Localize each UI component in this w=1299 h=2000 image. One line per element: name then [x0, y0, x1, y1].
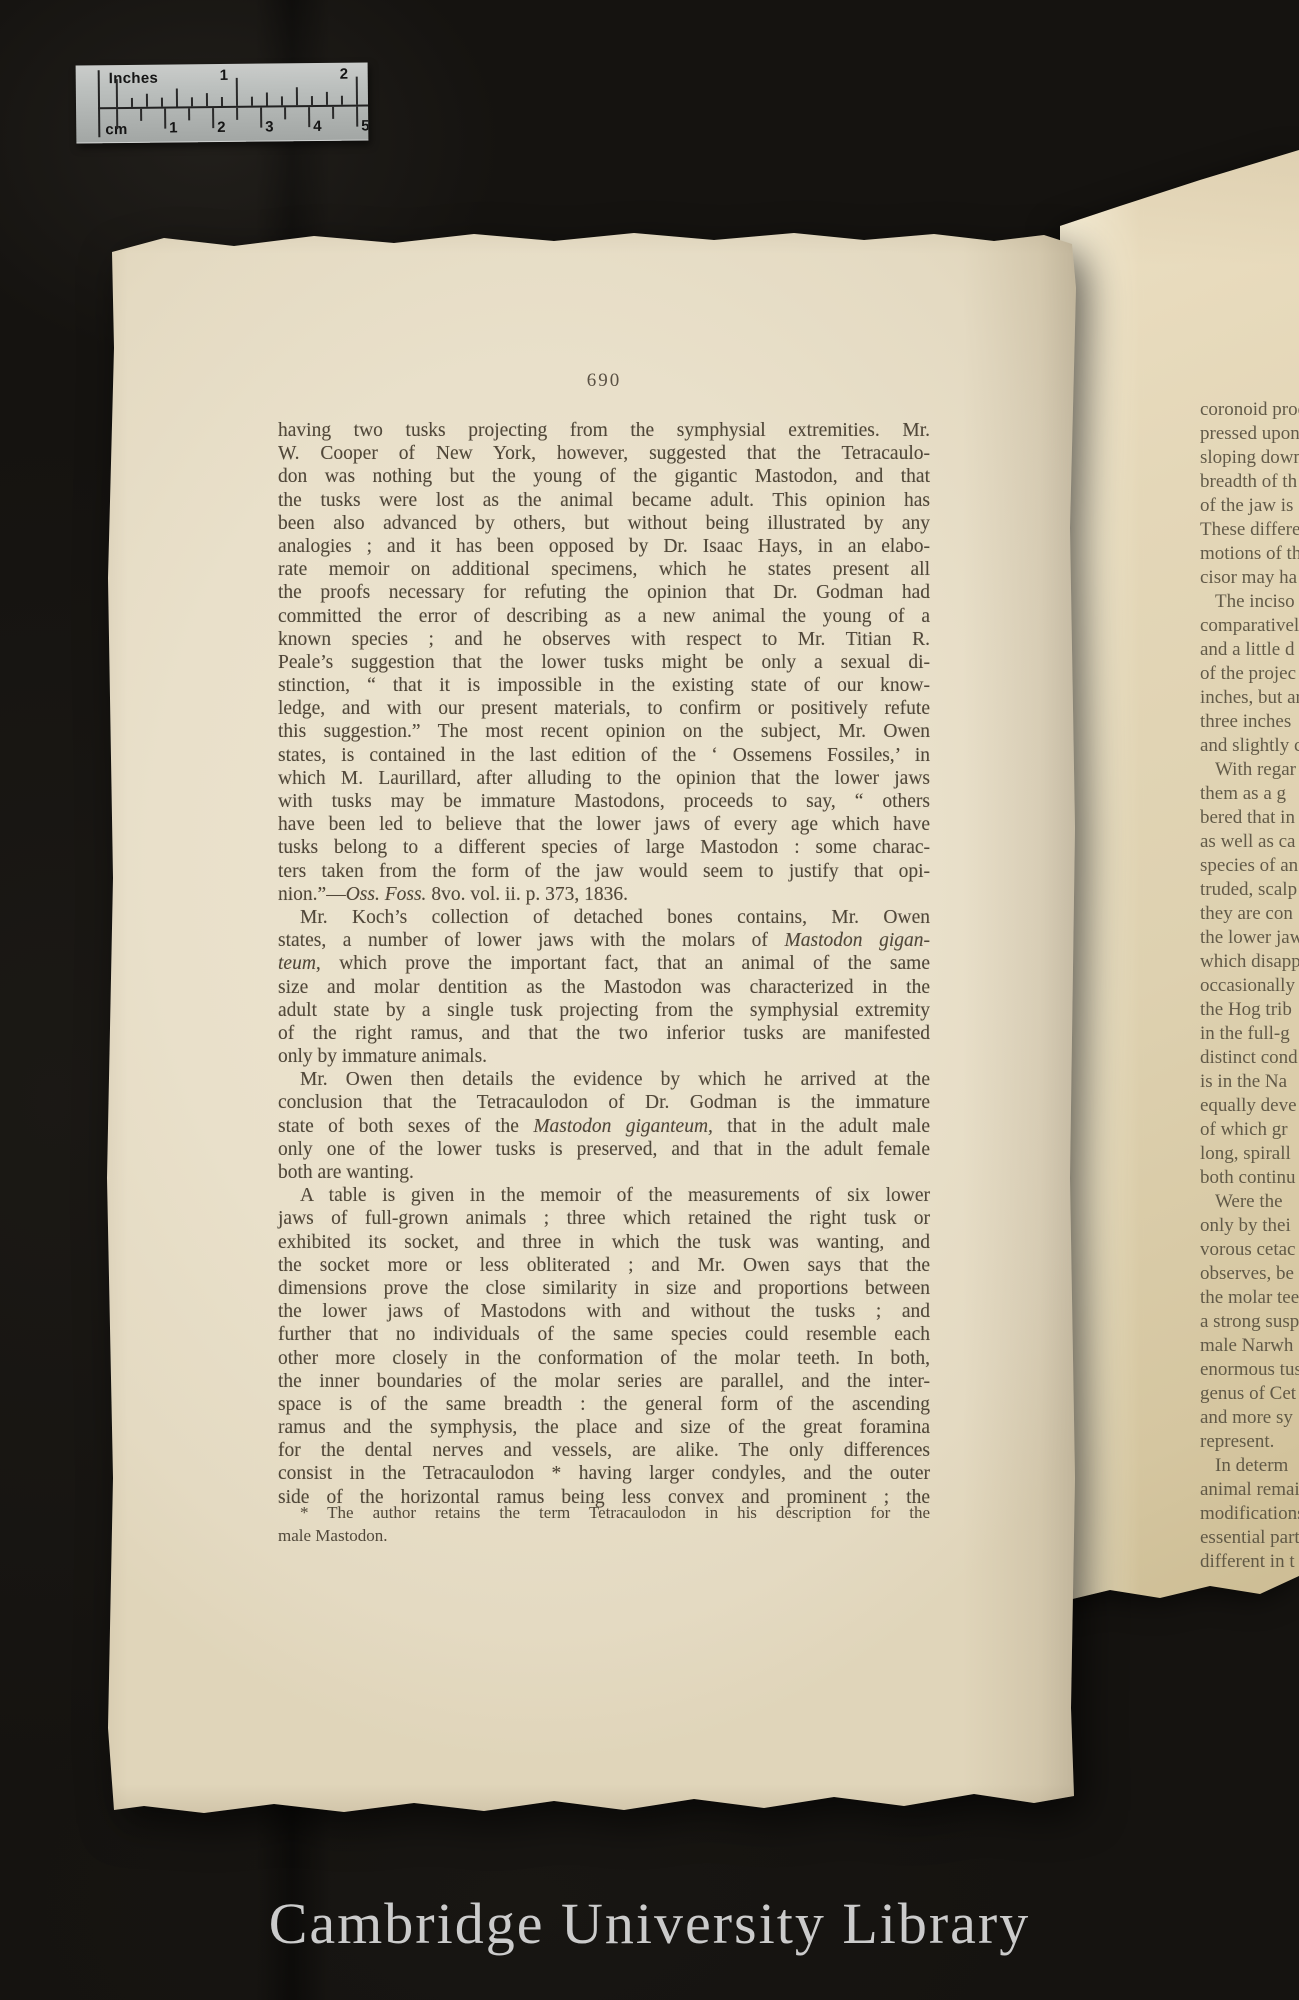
text-line: genus of Cet: [1200, 1382, 1299, 1406]
cm-tick: [236, 108, 238, 120]
inch-tick: [236, 78, 238, 106]
inch-tick: [191, 97, 193, 106]
text-line: male Mastodon.: [278, 1525, 930, 1548]
inch-tick: [251, 97, 253, 106]
cm-tick: [140, 109, 142, 121]
text-line: the proofs necessary for refuting the op…: [278, 581, 930, 604]
cm-number: 1: [169, 119, 178, 136]
text-line: is in the Na: [1200, 1070, 1299, 1094]
library-watermark: Cambridge University Library: [0, 1890, 1299, 1957]
inch-number: 2: [340, 66, 349, 83]
cm-number: 2: [217, 119, 226, 136]
inch-tick: [281, 96, 283, 105]
page-number: 690: [278, 370, 930, 392]
footnote-block: * The author retains the term Tetracaulo…: [278, 1502, 930, 1547]
cm-tick: [164, 109, 166, 129]
text-line: exhibited its socket, and three in which…: [278, 1231, 930, 1254]
text-line: other more closely in the conformation o…: [278, 1347, 930, 1370]
ruler-cm-row: cm 12345: [76, 106, 368, 143]
ruler-inch-row: Inches 12: [76, 62, 368, 107]
inch-tick: [176, 88, 178, 106]
text-line: have been led to believe that the lower …: [278, 813, 930, 836]
photo-of-book-page: { "photo": { "colors": { "backdrop": "#1…: [0, 0, 1299, 2000]
text-line: which disapp: [1200, 950, 1299, 974]
text-line: the molar tee: [1200, 1286, 1299, 1310]
text-line: comparativel: [1200, 614, 1299, 638]
cm-tick: [116, 109, 118, 129]
text-line: In determ: [1200, 1454, 1299, 1478]
text-line: Mr. Koch’s collection of detached bones …: [278, 906, 930, 929]
text-line: long, spirall: [1200, 1142, 1299, 1166]
text-line: cisor may ha: [1200, 566, 1299, 590]
text-line: further that no individuals of the same …: [278, 1323, 930, 1346]
inch-tick: [296, 87, 298, 105]
inch-tick: [221, 97, 223, 106]
text-line: for the dental nerves and vessels, are a…: [278, 1439, 930, 1462]
inch-number: 1: [220, 67, 229, 84]
text-line: vorous cetac: [1200, 1238, 1299, 1262]
text-line: as well as ca: [1200, 830, 1299, 854]
text-line: and slightly c: [1200, 734, 1299, 758]
text-line: adult state by a single tusk projecting …: [278, 999, 930, 1022]
text-line: animal remai: [1200, 1478, 1299, 1502]
measuring-ruler: Inches 12 cm 12345: [76, 62, 369, 143]
inch-tick: [326, 92, 328, 105]
text-line: enormous tus: [1200, 1358, 1299, 1382]
text-line: species of an: [1200, 854, 1299, 878]
text-line: in the full-g: [1200, 1022, 1299, 1046]
inch-tick: [356, 77, 358, 105]
text-line: equally deve: [1200, 1094, 1299, 1118]
text-line: teum, which prove the important fact, th…: [278, 952, 930, 975]
text-line: this suggestion.” The most recent opinio…: [278, 720, 930, 743]
text-line: they are con: [1200, 902, 1299, 926]
inch-tick: [341, 96, 343, 105]
text-line: them as a g: [1200, 782, 1299, 806]
text-line: which M. Laurillard, after alluding to t…: [278, 767, 930, 790]
text-line: conclusion that the Tetracaulodon of Dr.…: [278, 1091, 930, 1114]
cm-tick: [260, 108, 262, 128]
text-line: sloping down: [1200, 446, 1299, 470]
text-line: three inches: [1200, 710, 1299, 734]
text-line: of which gr: [1200, 1118, 1299, 1142]
right-page: coronoid procpressed uponsloping downbre…: [1060, 146, 1299, 1621]
text-line: ters taken from the form of the jaw woul…: [278, 860, 930, 883]
text-line: modifications: [1200, 1502, 1299, 1526]
inch-tick: [131, 98, 133, 107]
text-line: and a little d: [1200, 638, 1299, 662]
cm-tick: [356, 107, 358, 127]
text-line: the lower jaw: [1200, 926, 1299, 950]
text-line: the tusks were lost as the animal became…: [278, 489, 930, 512]
main-text-block: having two tusks projecting from the sym…: [278, 419, 930, 1509]
inch-tick: [161, 98, 163, 107]
inch-tick: [116, 79, 118, 107]
text-line: known species ; and he observes with res…: [278, 628, 930, 651]
text-line: states, a number of lower jaws with the …: [278, 929, 930, 952]
text-line: consist in the Tetracaulodon * having la…: [278, 1462, 930, 1485]
cm-tick: [308, 107, 310, 127]
text-line: inches, but ar: [1200, 686, 1299, 710]
text-line: male Narwh: [1200, 1334, 1299, 1358]
text-line: A table is given in the memoir of the me…: [278, 1184, 930, 1207]
text-line: don was nothing but the young of the gig…: [278, 465, 930, 488]
text-line: observes, be: [1200, 1262, 1299, 1286]
text-line: The inciso: [1200, 590, 1299, 614]
text-line: motions of th: [1200, 542, 1299, 566]
text-line: tusks belong to a different species of l…: [278, 836, 930, 859]
text-line: with tusks may be immature Mastodons, pr…: [278, 790, 930, 813]
text-line: coronoid proc: [1200, 398, 1299, 422]
text-line: only by thei: [1200, 1214, 1299, 1238]
text-line: * The author retains the term Tetracaulo…: [278, 1502, 930, 1525]
text-line: the Hog trib: [1200, 998, 1299, 1022]
text-line: bered that in: [1200, 806, 1299, 830]
text-line: only by immature animals.: [278, 1045, 930, 1068]
text-line: ramus and the symphysis, the place and s…: [278, 1416, 930, 1439]
text-line: a strong susp: [1200, 1310, 1299, 1334]
text-line: committed the error of describing as a n…: [278, 605, 930, 628]
cm-tick: [188, 108, 190, 120]
cm-tick: [332, 107, 334, 119]
text-line: nion.”—Oss. Foss. 8vo. vol. ii. p. 373, …: [278, 883, 930, 906]
inch-tick: [266, 93, 268, 106]
text-line: essential part: [1200, 1526, 1299, 1550]
text-line: space is of the same breadth : the gener…: [278, 1393, 930, 1416]
text-line: of the jaw is: [1200, 494, 1299, 518]
inch-tick: [146, 94, 148, 107]
text-line: Peale’s suggestion that the lower tusks …: [278, 651, 930, 674]
text-line: the inner boundaries of the molar series…: [278, 1370, 930, 1393]
text-line: only one of the lower tusks is preserved…: [278, 1138, 930, 1161]
text-line: of the projec: [1200, 662, 1299, 686]
text-line: the socket more or less obliterated ; an…: [278, 1254, 930, 1277]
text-line: having two tusks projecting from the sym…: [278, 419, 930, 442]
text-line: rate memoir on additional specimens, whi…: [278, 558, 930, 581]
inch-tick: [206, 93, 208, 106]
text-line: pressed upon: [1200, 422, 1299, 446]
text-line: ledge, and with our present materials, t…: [278, 697, 930, 720]
text-line: state of both sexes of the Mastodon giga…: [278, 1115, 930, 1138]
text-line: With regar: [1200, 758, 1299, 782]
text-line: the lower jaws of Mastodons with and wit…: [278, 1300, 930, 1323]
text-line: breadth of th: [1200, 470, 1299, 494]
cm-number: 4: [313, 118, 322, 135]
text-line: Were the: [1200, 1190, 1299, 1214]
text-line: W. Cooper of New York, however, suggeste…: [278, 442, 930, 465]
text-line: of the right ramus, and that the two inf…: [278, 1022, 930, 1045]
text-line: size and molar dentition as the Mastodon…: [278, 976, 930, 999]
text-line: both are wanting.: [278, 1161, 930, 1184]
right-page-text-column: coronoid procpressed uponsloping downbre…: [1200, 398, 1299, 1574]
main-page: 690 having two tusks projecting from the…: [104, 228, 1079, 1818]
text-line: states, is contained in the last edition…: [278, 744, 930, 767]
cm-tick: [212, 108, 214, 128]
text-line: been also advanced by others, but withou…: [278, 512, 930, 535]
text-line: dimensions prove the close similarity in…: [278, 1277, 930, 1300]
text-line: Mr. Owen then details the evidence by wh…: [278, 1068, 930, 1091]
text-line: both continu: [1200, 1166, 1299, 1190]
text-line: These differe: [1200, 518, 1299, 542]
text-line: distinct cond: [1200, 1046, 1299, 1070]
cm-number: 5: [361, 117, 368, 134]
cm-tick: [284, 107, 286, 119]
text-line: and more sy: [1200, 1406, 1299, 1430]
text-line: different in t: [1200, 1550, 1299, 1574]
cm-number: 3: [265, 118, 274, 135]
text-line: stinction, “ that it is impossible in th…: [278, 674, 930, 697]
text-line: analogies ; and it has been opposed by D…: [278, 535, 930, 558]
text-line: jaws of full-grown animals ; three which…: [278, 1207, 930, 1230]
text-line: represent.: [1200, 1430, 1299, 1454]
text-line: truded, scalp: [1200, 878, 1299, 902]
inch-tick: [311, 96, 313, 105]
text-line: occasionally: [1200, 974, 1299, 998]
